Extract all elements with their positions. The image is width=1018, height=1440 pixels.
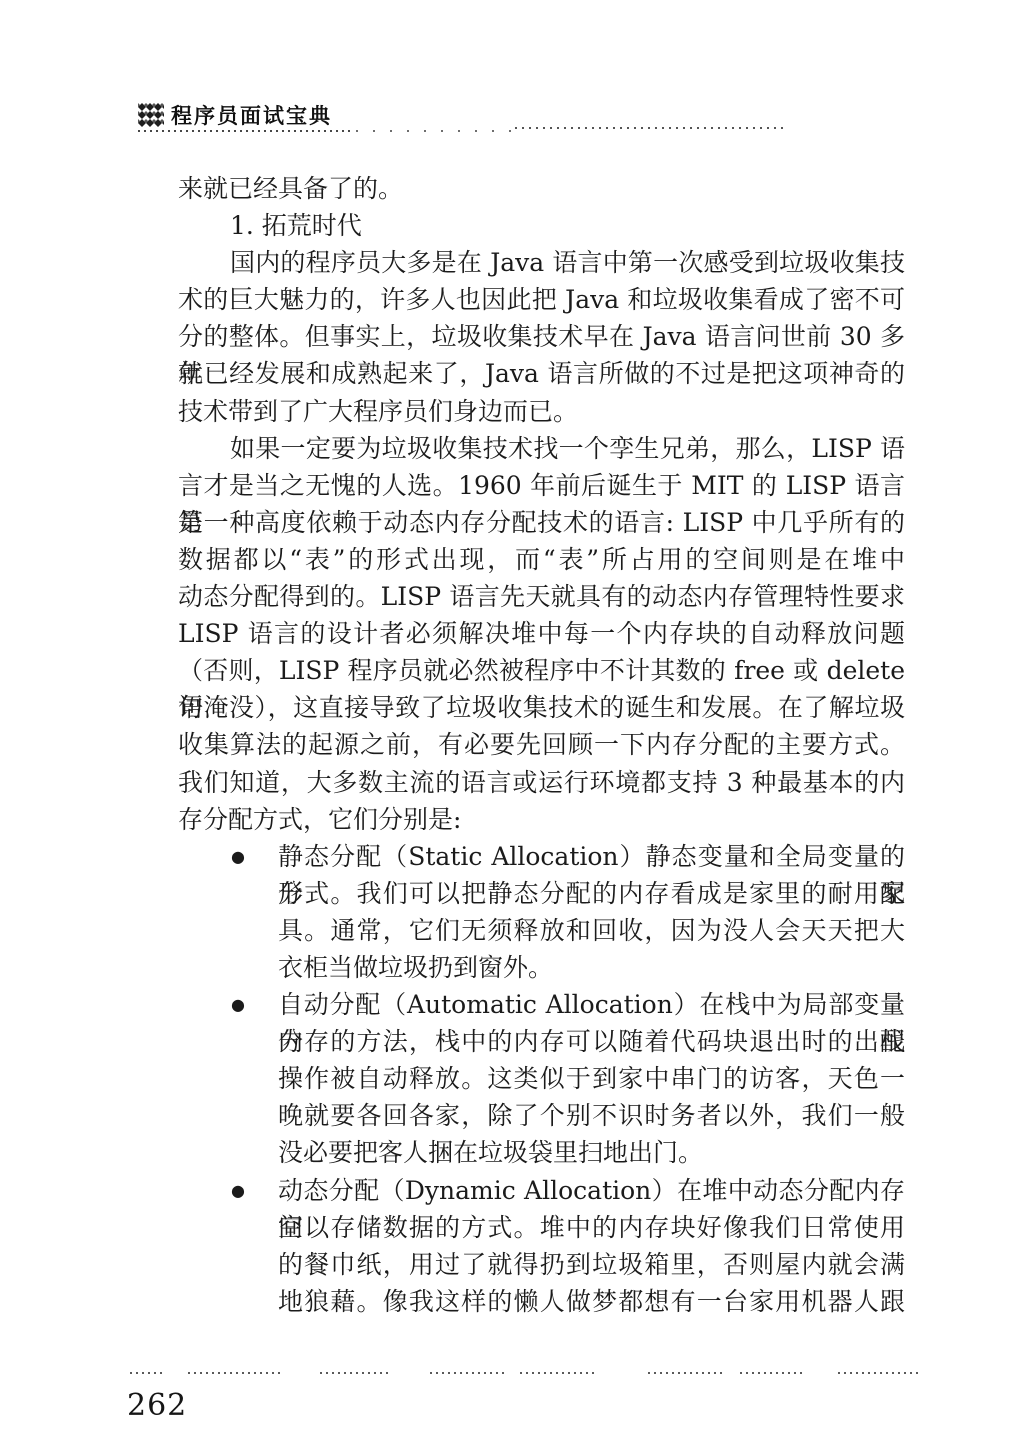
section-heading: 1. 拓荒时代 — [178, 207, 905, 244]
text-line: 动态分配得到的。LISP 语言先天就具有的动态内存管理特性要求 — [178, 578, 905, 615]
text-line: 数据都以“表”的形式出现，而“表”所占用的空间则是在堆中 — [178, 541, 905, 578]
bullet-item-line: ●动态分配（Dynamic Allocation）在堆中动态分配内存空 — [178, 1172, 905, 1209]
text-line: 技术带到了广大程序员们身边而已。 — [178, 393, 905, 430]
footer-dotted-rule — [648, 1372, 726, 1374]
text-line: 就已经发展和成熟起来了，Java 语言所做的不过是把这项神奇的 — [178, 355, 905, 392]
text-line: 收集算法的起源之前，有必要先回顾一下内存分配的主要方式。 — [178, 726, 905, 763]
bullet-item-line: ●自动分配（Automatic Allocation）在栈中为局部变量分配 — [178, 986, 905, 1023]
text-line: 第一种高度依赖于动态内存分配技术的语言: LISP 中几乎所有的 — [178, 504, 905, 541]
footer-dotted-rule — [838, 1372, 918, 1374]
text-line: 存分配方式，它们分别是: — [178, 801, 905, 838]
text-line: （否则，LISP 程序员就必然被程序中不计其数的 free 或 delete 语 — [178, 652, 905, 689]
footer-dotted-rule — [188, 1372, 282, 1374]
text-line: 间以存储数据的方式。堆中的内存块好像我们日常使用 — [178, 1209, 905, 1246]
text-line: LISP 语言的设计者必须解决堆中每一个内存块的自动释放问题 — [178, 615, 905, 652]
text-line: 来就已经具备了的。 — [178, 170, 905, 207]
bullet-item-line: ●静态分配（Static Allocation）静态变量和全局变量的分配 — [178, 838, 905, 875]
text-line: 言才是当之无愧的人选。1960 年前后诞生于 MIT 的 LISP 语言是 — [178, 467, 905, 504]
text-line: 如果一定要为垃圾收集技术找一个孪生兄弟，那么，LISP 语 — [178, 430, 905, 467]
text-line: 内存的方法，栈中的内存可以随着代码块退出时的出栈 — [178, 1023, 905, 1060]
header-dotted-rule-left — [138, 130, 352, 132]
text-line: 地狼藉。像我这样的懒人做梦都想有一台家用机器人跟 — [178, 1283, 905, 1320]
footer-dotted-rule — [320, 1372, 392, 1374]
page-header: 程序员面试宝典 — [138, 100, 332, 130]
text-line: 术的巨大魅力的，许多人也因此把 Java 和垃圾收集看成了密不可 — [178, 281, 905, 318]
text-line: 句淹没），这直接导致了垃圾收集技术的诞生和发展。在了解垃圾 — [178, 689, 905, 726]
page-body: 来就已经具备了的。 1. 拓荒时代 国内的程序员大多是在 Java 语言中第一次… — [178, 170, 905, 1320]
text-line: 的餐巾纸，用过了就得扔到垃圾箱里，否则屋内就会满 — [178, 1246, 905, 1283]
header-dotted-rule-middle — [356, 130, 512, 132]
footer-dotted-rule — [520, 1372, 598, 1374]
text-line: 具。通常，它们无须释放和回收，因为没人会天天把大 — [178, 912, 905, 949]
text-line: 晚就要各回各家，除了个别不识时务者以外，我们一般 — [178, 1097, 905, 1134]
bullet-icon: ● — [231, 1172, 245, 1209]
text-line: 操作被自动释放。这类似于到家中串门的访客，天色一 — [178, 1060, 905, 1097]
footer-dotted-rule — [130, 1372, 164, 1374]
text-line: 分的整体。但事实上，垃圾收集技术早在 Java 语言问世前 30 多年 — [178, 318, 905, 355]
book-title: 程序员面试宝典 — [171, 100, 332, 130]
text-line: 没必要把客人捆在垃圾袋里扫地出门。 — [178, 1134, 905, 1171]
footer-dotted-rule — [430, 1372, 508, 1374]
footer-dotted-rule — [740, 1372, 804, 1374]
header-dotted-rule-right — [515, 127, 783, 129]
book-page: 程序员面试宝典 来就已经具备了的。 1. 拓荒时代 国内的程序员大多是在 Jav… — [0, 0, 1018, 1440]
text-line: 国内的程序员大多是在 Java 语言中第一次感受到垃圾收集技 — [178, 244, 905, 281]
bullet-icon: ● — [231, 986, 245, 1023]
text-line: 我们知道，大多数主流的语言或运行环境都支持 3 种最基本的内 — [178, 764, 905, 801]
text-line: 衣柜当做垃圾扔到窗外。 — [178, 949, 905, 986]
text-line: 形式。我们可以把静态分配的内存看成是家里的耐用家 — [178, 875, 905, 912]
page-number: 262 — [127, 1388, 187, 1423]
bullet-icon: ● — [231, 838, 245, 875]
ornament-diamond-icon — [138, 103, 164, 127]
